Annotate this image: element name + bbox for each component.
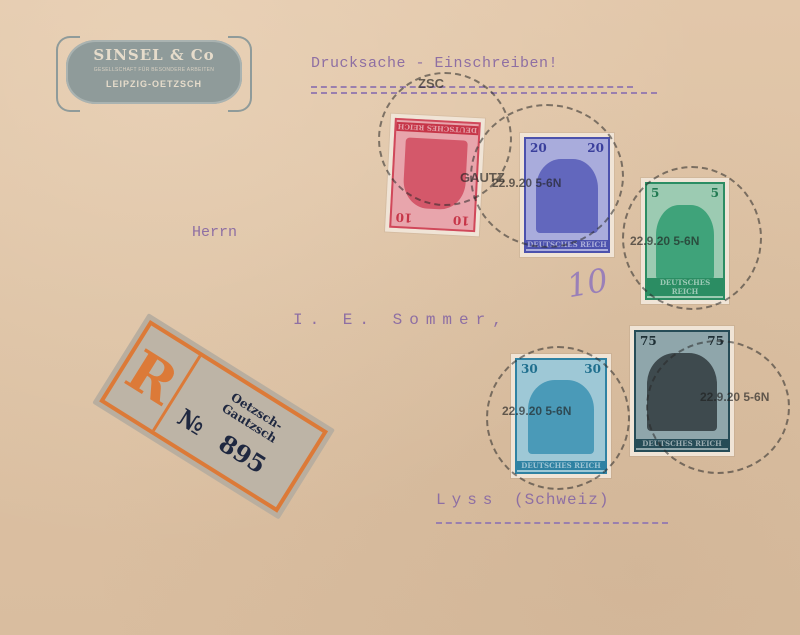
- recipient-address: Lyss (Schweiz): [436, 491, 609, 509]
- salutation: Herrn: [192, 224, 237, 241]
- recipient-name: I. E. Sommer,: [293, 311, 509, 329]
- postmark-4-date: 22.9.20 5-6N: [502, 404, 571, 418]
- company-subtitle: GESELLSCHAFT FÜR BESONDERE ARBEITEN: [56, 67, 252, 73]
- postmark-2-date: 22.9.20 5-6N: [492, 176, 561, 190]
- postmark-4: [486, 346, 630, 490]
- letterhead: SINSEL & Co GESELLSCHAFT FÜR BESONDERE A…: [56, 36, 252, 108]
- stamp-value-left: 75: [640, 334, 657, 348]
- handwritten-mark: 10: [564, 261, 611, 305]
- company-city: LEIPZIG-OETZSCH: [56, 79, 252, 89]
- address-underline: [436, 522, 668, 524]
- number-prefix: №: [173, 403, 210, 441]
- company-name: SINSEL & Co: [56, 46, 252, 64]
- recipient-city: Lyss: [436, 491, 498, 509]
- recipient-country: (Schweiz): [514, 491, 609, 509]
- stamp-value-right: 10: [395, 210, 412, 225]
- postmark-5-date: 22.9.20 5-6N: [700, 390, 769, 404]
- stamp-value-left: 10: [453, 213, 470, 228]
- postmark-5: [646, 340, 790, 474]
- mail-class-header: Drucksache - Einschreiben!: [311, 55, 558, 72]
- postmark-1-top-text: ZSC: [418, 76, 444, 91]
- postmark-3-date: 22.9.20 5-6N: [630, 234, 699, 248]
